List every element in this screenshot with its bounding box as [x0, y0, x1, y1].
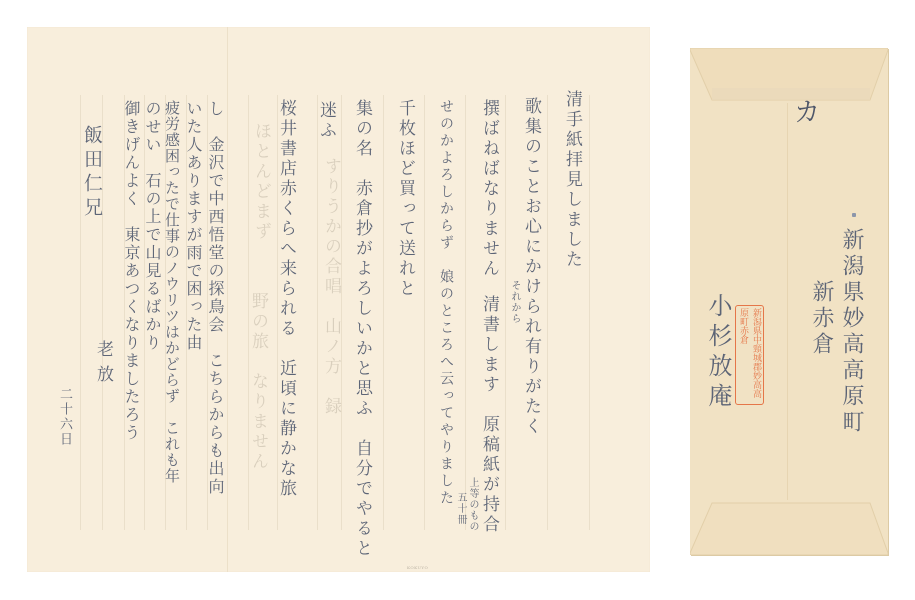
letter-annotation: それから — [509, 280, 519, 324]
letter-line-3b: 清書します 原稿紙が持合 — [480, 295, 497, 535]
letter-line-8: 桜井書店赤くらへ来られる 近頃に静かな旅 — [277, 99, 294, 499]
rule-line — [424, 95, 425, 530]
letter-line-12: のせい 石の上で山見るばかり — [144, 100, 160, 352]
letter-recipient: 飯田仁兄 — [82, 125, 101, 221]
flap-handwritten-mark: カ — [794, 92, 820, 129]
letter-line-11: 疲労感困ったで仕事のノウリツはかどらず これも年 — [164, 100, 179, 484]
rule-line — [317, 95, 318, 530]
envelope-seam — [787, 103, 788, 500]
show-through-text: すりうかの合唱 山ノ方 録 — [322, 157, 339, 417]
letter-line-4: せのかよろしからず 娘のところへ云ってやりました — [439, 99, 453, 507]
rule-line — [383, 95, 384, 530]
envelope-bottom-flap — [690, 500, 888, 555]
letter-line-6: 集の名 赤倉抄がよろしいかと思ふ 自分でやると — [353, 99, 370, 559]
rule-line — [505, 95, 506, 530]
envelope-address-line1: 新潟県妙高高原町 — [840, 228, 862, 436]
letter-line-2: 歌集のことお心にかけられ有りがたく — [522, 97, 539, 437]
handwritten-letter: ほとんどまず すりうかの合唱 山ノ方 録 野の旅 なりません しますせいで足なり… — [27, 27, 650, 572]
letter-line-9: し 金沢で中西悟堂の探鳥会 こちらからも出向 — [207, 100, 223, 496]
rule-line — [547, 95, 548, 530]
letter-line-7: 迷ふ — [317, 101, 334, 141]
rule-line — [465, 95, 466, 530]
letter-line-1: 清手紙拝見しました — [563, 90, 580, 270]
letter-line-5: 千枚ほど買って送れと — [396, 99, 413, 299]
letter-line-3: 撰ばねばなりません — [480, 99, 497, 279]
envelope: カ 新潟県妙高高原町 新赤倉 小杉放庵 新潟県中頸城郡妙高高原町赤倉 — [690, 48, 888, 555]
red-seal-stamp: 新潟県中頸城郡妙高高原町赤倉 — [735, 305, 764, 405]
show-through-text: ほとんどまず — [252, 122, 269, 242]
envelope-sender-name: 小杉放庵 — [706, 293, 730, 413]
ink-spot — [852, 213, 856, 217]
letter-date: 二十六日 — [58, 387, 71, 447]
envelope-top-flap — [690, 48, 888, 103]
rule-line — [341, 95, 342, 530]
paper-maker-mark: KOKUYO — [407, 565, 428, 570]
envelope-address-line2: 新赤倉 — [810, 280, 832, 358]
letter-line-10: いた人ありますが雨で困った由 — [185, 100, 201, 352]
rule-line — [589, 95, 590, 530]
letter-line-13: 御きげんよく 東京あつくなりましたろう — [123, 100, 139, 442]
letter-annotation: 五十冊 — [455, 492, 465, 525]
show-through-text: 野の旅 なりません — [249, 292, 266, 472]
letter-annotation: 上等のもの — [467, 477, 477, 532]
letter-signature: 老放 — [94, 340, 111, 390]
